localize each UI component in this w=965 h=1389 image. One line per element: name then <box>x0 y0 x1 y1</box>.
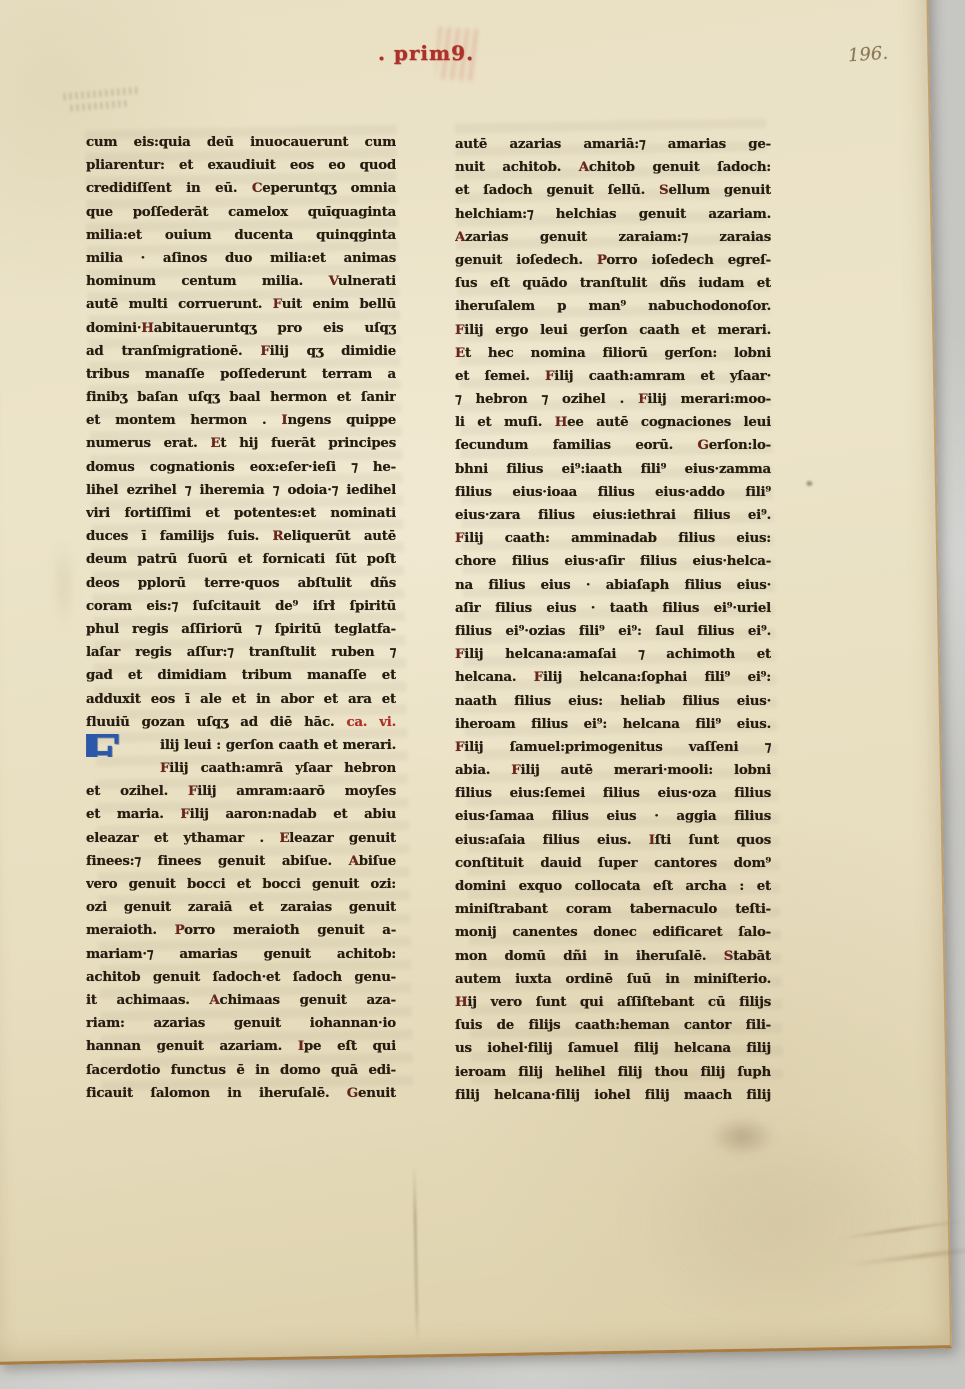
photograph-background: . prim9. 196. cum eis:quia deū inuocauer… <box>0 0 965 1389</box>
line-text: li et muſi. Hee autē cognaciones leui <box>455 414 771 430</box>
line-text: bhni filius ei⁹:iaath fili⁹ eius·zamma <box>455 461 771 477</box>
text-line: finibʒ baſan uſqʒ baal hermon et ſanir <box>86 386 396 409</box>
text-line: eius·ſamaa filius eius · aggia filius <box>455 805 771 828</box>
rubricated-capital: E <box>210 435 220 451</box>
line-text: finees:⁊ finees genuit abiſue. Abiſue <box>86 853 396 869</box>
line-text: deum patrū ſuorū et fornicati ſūt poſt <box>86 551 396 567</box>
text-line: na filius eius · abiaſaph filius eius· <box>455 574 771 597</box>
ghost-stroke <box>70 100 128 112</box>
text-line: credidiſſent in eū. Ceperuntqʒ omnia <box>86 177 396 200</box>
line-text: meraioth. Porro meraioth genuit a- <box>86 922 396 938</box>
line-text: domini exquo collocata eſt archa : et <box>455 878 771 894</box>
text-line: it achimaas. Achimaas genuit aza- <box>86 989 396 1012</box>
rubricated-capital: F <box>511 762 520 778</box>
rubricated-capital: F <box>455 322 464 338</box>
text-line: eleazar et ythamar . Eleazar genuit <box>86 827 396 850</box>
text-line: deos pplorū terre·quos abſtulit dñs <box>86 572 396 595</box>
text-line: et ſadoch genuit ſellū. Sellum genuit <box>455 179 771 202</box>
line-text: ieroam filij helihel filij thou filij ſu… <box>455 1064 771 1080</box>
line-text: filius eius:ſemei filius eius·oza filius <box>455 785 771 801</box>
text-line: naath filius eius: heliab filius eius· <box>455 690 771 713</box>
line-text: achitob genuit ſadoch·et ſadoch genu- <box>86 969 396 985</box>
text-line: iheroam filius ei⁹: helcana fili⁹ eius. <box>455 713 771 736</box>
line-text: pliarentur: et exaudiuit eos eo quod <box>86 157 396 173</box>
line-text: viri fortiſſimi et potentes:et nominati <box>86 505 396 521</box>
line-text: Filij caath:amrā yſaar hebron <box>160 760 396 776</box>
ink-offset-red-ghost <box>435 27 481 82</box>
line-text: Filij caath: amminadab filius eius: <box>455 530 771 546</box>
rubricated-capital: F <box>273 296 282 312</box>
rubricated-capital: F <box>534 669 543 685</box>
line-text: Azarias genuit zaraiam:⁊ zaraias <box>455 229 771 245</box>
rubricated-capital: R <box>273 528 284 544</box>
rubricated-capital: S <box>724 948 733 964</box>
line-text: adduxit eos ī ale et in abor et ara et <box>86 691 396 707</box>
illuminated-initial: F <box>86 734 154 757</box>
line-text: duces ī familijs ſuis. Reliquerūt autē <box>86 528 396 544</box>
rubricated-capital: V <box>329 273 338 289</box>
text-line: eius:aſaia filius eius. Iſti ſunt quos <box>455 829 771 852</box>
text-line: filius ei⁹·ozias fili⁹ ei⁹: ſaul filius … <box>455 620 771 643</box>
text-line: domini·Habitaueruntqʒ pro eis uſqʒ <box>86 317 396 340</box>
text-line: adduxit eos ī ale et in abor et ara et <box>86 688 396 711</box>
rubricated-capital: F <box>180 806 189 822</box>
line-text: vero genuit bocci et bocci genuit ozi: <box>86 876 396 892</box>
rubricated-capital: I <box>298 1038 304 1054</box>
text-line: achitob genuit ſadoch·et ſadoch genu- <box>86 966 396 989</box>
text-line: iheruſalem p man⁹ nabuchodonoſor. <box>455 295 771 318</box>
rubricated-capital: I <box>281 412 287 428</box>
line-text: autem iuxta ordinē ſuū in miniſterio. <box>455 971 771 987</box>
text-line: vero genuit bocci et bocci genuit ozi: <box>86 873 396 896</box>
text-line: duces ī familijs ſuis. Reliquerūt autē <box>86 525 396 548</box>
line-text: chore filius eius·aſir filius eius·helca… <box>455 553 771 569</box>
rubricated-capital: C <box>252 180 262 196</box>
rubricated-capital: F <box>260 343 269 359</box>
rubricated-capital: F <box>455 739 464 755</box>
text-line: meraioth. Porro meraioth genuit a- <box>86 919 396 942</box>
line-text: naath filius eius: heliab filius eius· <box>455 693 771 709</box>
text-line: miniſtrabant coram tabernaculo teſti- <box>455 898 771 921</box>
crease-diagonal-1 <box>838 1219 965 1240</box>
text-line: us iohel·filij ſamuel filij helcana fili… <box>455 1037 771 1060</box>
text-line: filij helcana·filij iohel filij maach fi… <box>455 1084 771 1107</box>
line-text: hominum centum milia. Vulnerati <box>86 273 396 289</box>
rubricated-capital: F <box>188 783 197 799</box>
text-line: Azarias genuit zaraiam:⁊ zaraias <box>455 226 771 249</box>
text-line: ſecundum familias eorū. Gerſon:lo- <box>455 434 771 457</box>
text-line: fluuiū gozan uſqʒ ad diē hāc. ca. vi. <box>86 711 396 734</box>
text-line: laſar regis aſſur:⁊ tranſtulit ruben ⁊ <box>86 641 396 664</box>
text-line: et montem hermon . Ingens quippe <box>86 409 396 432</box>
line-text: fluuiū gozan uſqʒ ad diē hāc. <box>86 714 346 730</box>
rubricated-capital: F <box>545 368 554 384</box>
rubricated-capital: A <box>455 229 465 245</box>
text-line: Filij caath: amminadab filius eius: <box>455 527 771 550</box>
text-line: ad tranſmigrationē. Filij qʒ dimidie <box>86 340 396 363</box>
rubricated-capital: F <box>638 391 647 407</box>
rubricated-capital: S <box>659 182 668 198</box>
text-line: deum patrū ſuorū et fornicati ſūt poſt <box>86 548 396 571</box>
line-text: miniſtrabant coram tabernaculo teſti- <box>455 901 771 917</box>
line-text: hannan genuit azariam. Ipe eſt qui <box>86 1038 396 1054</box>
text-line: Et hec nomina filiorū gerſon: lobni <box>455 342 771 365</box>
line-text: filius eius·ioaa filius eius·addo fili⁹ <box>455 484 771 500</box>
text-line: filius eius·ioaa filius eius·addo fili⁹ <box>455 481 771 504</box>
text-line: domus cognationis eox:eſer·ieſi ⁊ he- <box>86 456 396 479</box>
line-text: Filij helcana:amaſai ⁊ achimoth et <box>455 646 771 662</box>
line-text: aſir filius eius · taath filius ei⁹·urie… <box>455 600 771 616</box>
text-line: et maria. Filij aaron:nadab et abiu <box>86 803 396 826</box>
text-line: ozi genuit zaraiā et zaraias genuit <box>86 896 396 919</box>
text-line: Filij helcana:amaſai ⁊ achimoth et <box>455 643 771 666</box>
rubricated-capital: H <box>455 994 467 1010</box>
rubricated-capital: F <box>455 646 464 662</box>
line-text: mariam·⁊ amarias genuit achitob: <box>86 946 396 962</box>
text-line: genuit ioſedech. Porro ioſedech egreſ- <box>455 249 771 272</box>
line-text: monij canentes donec edificaret ſalo- <box>455 924 771 940</box>
text-line: autē azarias amariā:⁊ amarias ge- <box>455 133 771 156</box>
text-line: mon domū dñi in iheruſalē. Stabāt <box>455 945 771 968</box>
line-text: domus cognationis eox:eſer·ieſi ⁊ he- <box>86 459 396 475</box>
text-line: lihel ezrihel ⁊ iheremia ⁊ odoia·⁊ iedih… <box>86 479 396 502</box>
line-text: finibʒ baſan uſqʒ baal hermon et ſanir <box>86 389 396 405</box>
text-line: helchiam:⁊ helchias genuit azariam. <box>455 203 771 226</box>
text-column-right: autē azarias amariā:⁊ amarias ge-nuit ac… <box>455 133 771 1107</box>
line-text: cum eis:quia deū inuocauerunt cum <box>86 134 396 150</box>
line-text: ſuis de filijs caath:heman cantor fili- <box>455 1017 771 1033</box>
line-text: eius:aſaia filius eius. Iſti ſunt quos <box>455 832 771 848</box>
folio-number: 196. <box>847 43 888 67</box>
line-text: credidiſſent in eū. Ceperuntqʒ omnia <box>86 180 396 196</box>
text-line: tribus manaſſe poſſederunt terram a <box>86 363 396 386</box>
line-text: phul regis aſſiriorū ⁊ ſpiritū teglatfa- <box>86 621 396 637</box>
line-text: helcana. Filij helcana:ſophai fili⁹ ei⁹: <box>455 669 771 685</box>
text-line: filius eius:ſemei filius eius·oza filius <box>455 782 771 805</box>
line-text: ſacerdotio functus ē in domo quā edi- <box>86 1062 396 1078</box>
text-line: ſus eſt quādo tranſtulit dñs iudam et <box>455 272 771 295</box>
stain-soft-patch <box>614 1105 948 1341</box>
text-line: riam: azarias genuit iohannan·io <box>86 1012 396 1035</box>
text-line: et ſemei. Filij caath:amram et yſaar· <box>455 365 771 388</box>
rubricated-capital: F <box>455 530 464 546</box>
line-text: eius·zara filius eius:iethrai filius ei⁹… <box>455 507 771 523</box>
line-text: et ozihel. Filij amram:aarō moyſes <box>86 783 396 799</box>
line-text: ozi genuit zaraiā et zaraias genuit <box>86 899 396 915</box>
line-text: laſar regis aſſur:⁊ tranſtulit ruben ⁊ <box>86 644 396 660</box>
line-text: milia · aſinos duo milia:et animas <box>86 250 396 266</box>
rubricated-capital: H <box>141 320 153 336</box>
line-text: iheroam filius ei⁹: helcana fili⁹ eius. <box>455 716 771 732</box>
text-line: cum eis:quia deū inuocauerunt cum <box>86 131 396 154</box>
text-line: Hij vero ſunt qui aſſiſtebant cū filijs <box>455 991 771 1014</box>
text-line: nuit achitob. Achitob genuit ſadoch: <box>455 156 771 179</box>
line-text: mon domū dñi in iheruſalē. Stabāt <box>455 948 771 964</box>
text-line: et ozihel. Filij amram:aarō moyſes <box>86 780 396 803</box>
line-text: gad et dimidiam tribum manaſſe et <box>86 667 396 683</box>
crease-vertical <box>413 1164 419 1342</box>
text-line: abia. Filij autē merari·mooli: lobni <box>455 759 771 782</box>
line-text: conſtituit dauid ſuper cantores dom⁹ <box>455 855 771 871</box>
line-text: eleazar et ythamar . Eleazar genuit <box>86 830 396 846</box>
rubricated-capital: A <box>209 992 219 1008</box>
text-line: ⁊ hebron ⁊ ozihel . Filij merari:moo- <box>455 388 771 411</box>
text-line: ſacerdotio functus ē in domo quā edi- <box>86 1059 396 1082</box>
text-line: autem iuxta ordinē ſuū in miniſterio. <box>455 968 771 991</box>
text-line: eius·zara filius eius:iethrai filius ei⁹… <box>455 504 771 527</box>
text-line: pliarentur: et exaudiuit eos eo quod <box>86 154 396 177</box>
line-text: nuit achitob. Achitob genuit ſadoch: <box>455 159 771 175</box>
line-text: it achimaas. Achimaas genuit aza- <box>86 992 396 1008</box>
line-text: et ſadoch genuit ſellū. Sellum genuit <box>455 182 771 198</box>
text-line: ſuis de filijs caath:heman cantor fili- <box>455 1014 771 1037</box>
rubricated-capital: H <box>555 414 567 430</box>
stain-ink-speck <box>805 479 814 487</box>
text-line: ieroam filij helihel filij thou filij ſu… <box>455 1061 771 1084</box>
text-line: milia:et ouium ducenta quinqginta <box>86 224 396 247</box>
line-text: lihel ezrihel ⁊ iheremia ⁊ odoia·⁊ iedih… <box>86 482 396 498</box>
line-text: na filius eius · abiaſaph filius eius· <box>455 577 771 593</box>
rubricated-capital: I <box>649 832 655 848</box>
rubricated-capital: G <box>347 1085 358 1101</box>
text-line: aſir filius eius · taath filius ei⁹·urie… <box>455 597 771 620</box>
text-line: que poſſederāt camelox quīquaginta <box>86 201 396 224</box>
line-text: filij helcana·filij iohel filij maach fi… <box>455 1087 771 1103</box>
text-line: domini exquo collocata eſt archa : et <box>455 875 771 898</box>
line-text: que poſſederāt camelox quīquaginta <box>86 204 396 220</box>
text-line: chore filius eius·aſir filius eius·helca… <box>455 550 771 573</box>
rubricated-capital: A <box>579 159 589 175</box>
text-line: Filij ſamuel:primogenitus vaſſeni ⁊ <box>455 736 771 759</box>
chapter-marker: ca. vi. <box>346 714 396 730</box>
line-text: Et hec nomina filiorū gerſon: lobni <box>455 345 771 361</box>
line-text: numerus erat. Et hij fuerāt principes <box>86 435 396 451</box>
text-line: mariam·⁊ amarias genuit achitob: <box>86 943 396 966</box>
stain-left-margin <box>50 540 78 630</box>
rubricated-capital: G <box>698 437 709 453</box>
text-line: helcana. Filij helcana:ſophai fili⁹ ei⁹: <box>455 666 771 689</box>
line-text: autē multi corruerunt. Fuit enim bellū <box>86 296 396 312</box>
text-line: bhni filius ei⁹:iaath fili⁹ eius·zamma <box>455 458 771 481</box>
line-text: deos pplorū terre·quos abſtulit dñs <box>86 575 396 591</box>
rubricated-capital: E <box>455 345 465 361</box>
text-line: phul regis aſſiriorū ⁊ ſpiritū teglatfa- <box>86 618 396 641</box>
line-text: ſus eſt quādo tranſtulit dñs iudam et <box>455 275 771 291</box>
text-line: hominum centum milia. Vulnerati <box>86 270 396 293</box>
line-text: Hij vero ſunt qui aſſiſtebant cū filijs <box>455 994 771 1010</box>
rubricated-capital: E <box>279 830 289 846</box>
text-line: milia · aſinos duo milia:et animas <box>86 247 396 270</box>
line-text: iheruſalem p man⁹ nabuchodonoſor. <box>455 298 771 314</box>
line-text: domini·Habitaueruntqʒ pro eis uſqʒ <box>86 320 396 336</box>
rubricated-capital: P <box>175 922 184 938</box>
line-text: coram eis:⁊ ſuſcitauit de⁹ iſrł ſpiritū <box>86 598 396 614</box>
text-line: coram eis:⁊ ſuſcitauit de⁹ iſrł ſpiritū <box>86 595 396 618</box>
text-line: Filij ergo leui gerſon caath et merari. <box>455 319 771 342</box>
line-text: us iohel·filij ſamuel filij helcana fili… <box>455 1040 771 1056</box>
line-text: ⁊ hebron ⁊ ozihel . Filij merari:moo- <box>455 391 771 407</box>
rubricated-capital: F <box>160 760 169 776</box>
text-line: hannan genuit azariam. Ipe eſt qui <box>86 1035 396 1058</box>
text-line: ficauit ſalomon in iheruſalē. Genuit <box>86 1082 396 1105</box>
text-line: conſtituit dauid ſuper cantores dom⁹ <box>455 852 771 875</box>
text-line: monij canentes donec edificaret ſalo- <box>455 921 771 944</box>
text-line: gad et dimidiam tribum manaſſe et <box>86 664 396 687</box>
line-text: Filij ergo leui gerſon caath et merari. <box>455 322 771 338</box>
crease-diagonal-2 <box>849 1244 965 1266</box>
text-line: autē multi corruerunt. Fuit enim bellū <box>86 293 396 316</box>
line-text: filius ei⁹·ozias fili⁹ ei⁹: ſaul filius … <box>455 623 771 639</box>
line-text: et montem hermon . Ingens quippe <box>86 412 396 428</box>
line-text: helchiam:⁊ helchias genuit azariam. <box>455 206 771 222</box>
line-text: riam: azarias genuit iohannan·io <box>86 1015 396 1031</box>
text-line: li et muſi. Hee autē cognaciones leui <box>455 411 771 434</box>
text-column-left: cum eis:quia deū inuocauerunt cumpliaren… <box>86 131 396 1105</box>
line-text: ficauit ſalomon in iheruſalē. Genuit <box>86 1085 396 1101</box>
text-line: finees:⁊ finees genuit abiſue. Abiſue <box>86 850 396 873</box>
line-text: ilij leui : gerſon caath et merari. <box>160 737 396 753</box>
text-line: Filij caath:amrā yſaar hebron <box>86 757 396 780</box>
text-line: viri fortiſſimi et potentes:et nominati <box>86 502 396 525</box>
line-text: ſecundum familias eorū. Gerſon:lo- <box>455 437 771 453</box>
line-text: abia. Filij autē merari·mooli: lobni <box>455 762 771 778</box>
rubricated-capital: P <box>597 252 606 268</box>
line-text: eius·ſamaa filius eius · aggia filius <box>455 808 771 824</box>
line-text: genuit ioſedech. Porro ioſedech egreſ- <box>455 252 771 268</box>
line-text: ad tranſmigrationē. Filij qʒ dimidie <box>86 343 396 359</box>
line-text: milia:et ouium ducenta quinqginta <box>86 227 396 243</box>
line-text: et maria. Filij aaron:nadab et abiu <box>86 806 396 822</box>
line-text: et ſemei. Filij caath:amram et yſaar· <box>455 368 771 384</box>
text-line: Filij leui : gerſon caath et merari. <box>86 734 396 757</box>
stain-lower-margin <box>709 1116 776 1157</box>
line-text: autē azarias amariā:⁊ amarias ge- <box>455 136 771 152</box>
line-text: Filij ſamuel:primogenitus vaſſeni ⁊ <box>455 739 771 755</box>
text-line: numerus erat. Et hij fuerāt principes <box>86 432 396 455</box>
rubricated-capital: A <box>349 853 359 869</box>
line-text: tribus manaſſe poſſederunt terram a <box>86 366 396 382</box>
